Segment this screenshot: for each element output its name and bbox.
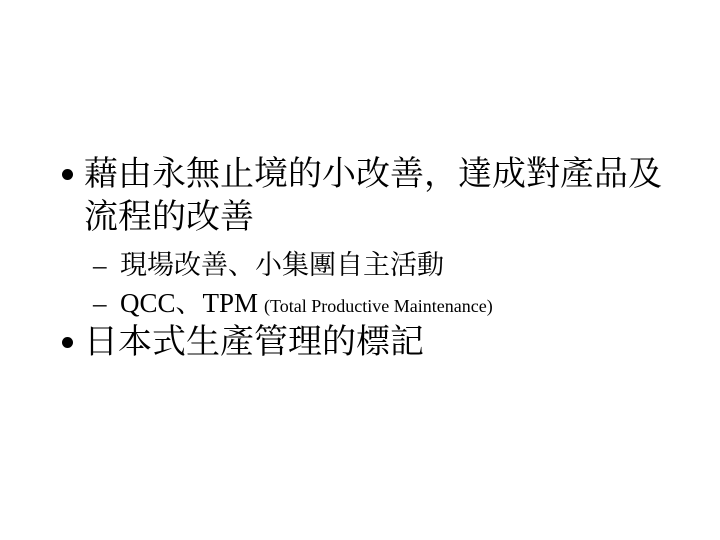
bullet-icon [62, 337, 73, 348]
sub-bullet-text: QCC、TPM(Total Productive Maintenance) [120, 286, 493, 323]
dash-marker: – [93, 286, 107, 320]
dash-marker: – [93, 248, 107, 282]
bullet-text: 日本式生產管理的標記 [84, 321, 424, 364]
slide-canvas: 藉由永無止境的小改善，達成對產品及 流程的改善 – 現場改善、小集團自主活動 –… [0, 0, 720, 540]
bullet-item: 藉由永無止境的小改善，達成對產品及 流程的改善 [62, 153, 662, 239]
bullet-text: 藉由永無止境的小改善，達成對產品及 流程的改善 [84, 153, 662, 239]
bullet-text-line: 藉由永無止境的小改善，達成對產品及 [84, 153, 662, 196]
bullet-item: 日本式生產管理的標記 [62, 321, 424, 364]
bullet-icon [62, 169, 73, 180]
tpm-note: (Total Productive Maintenance) [264, 296, 493, 316]
sub-bullet-item: – 現場改善、小集團自主活動 [93, 248, 444, 282]
sub-bullet-text: 現場改善、小集團自主活動 [120, 248, 444, 282]
bullet-text-line: 流程的改善 [84, 196, 662, 239]
sub-bullet-item: – QCC、TPM(Total Productive Maintenance) [93, 286, 493, 323]
bullet-text-line: 日本式生產管理的標記 [84, 321, 424, 364]
sub-bullet-text-main: QCC、TPM [120, 288, 258, 318]
